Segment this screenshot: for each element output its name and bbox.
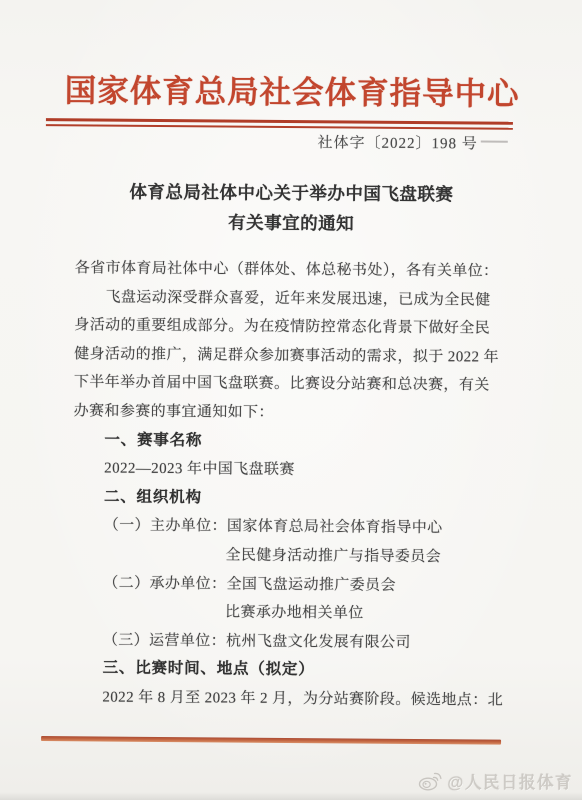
scanned-document-page: 国家体育总局社会体育指导中心 社体字〔2022〕198 号 体育总局社体中心关于… xyxy=(0,0,582,800)
section-heading: 二、组织机构 xyxy=(73,483,525,515)
body-line: 2022—2023 年中国飞盘联赛 xyxy=(73,454,525,486)
notice-title-line-1: 体育总局社体中心关于举办中国飞盘联赛 xyxy=(0,176,582,211)
letterhead-org-name: 国家体育总局社会体育指导中心 xyxy=(1,66,582,116)
watermark-label: @人民日报体育 xyxy=(447,769,573,793)
letterhead-double-rule xyxy=(46,118,513,130)
weibo-watermark: @人民日报体育 xyxy=(418,769,573,793)
body-line: 身活动的重要组成部分。为在疫情防控常态化背景下做好全民 xyxy=(74,311,526,343)
body-line: 飞盘运动深受群众喜爱，近年来发展迅速，已成为全民健 xyxy=(74,283,526,315)
body-line: 全民健身活动推广与指导委员会 xyxy=(72,540,524,572)
body-line: 比赛承办地相关单位 xyxy=(72,597,524,629)
body-line: 办赛和参赛的事宜通知如下： xyxy=(74,397,526,429)
body-line: （一）主办单位：国家体育总局社会体育指导中心 xyxy=(73,512,525,544)
body-line: 下半年举办首届中国飞盘联赛。比赛设分站赛和总决赛，有关 xyxy=(74,369,526,401)
notice-title-line-2: 有关事宜的通知 xyxy=(0,206,582,241)
body-line: 健身活动的推广，满足群众参加赛事活动的需求，拟于 2022 年 xyxy=(74,340,526,372)
notice-body: 各省市体育局社体中心（群体处、体总秘书处），各有关单位： 飞盘运动深受群众喜爱，… xyxy=(71,254,527,715)
document-content: 国家体育总局社会体育指导中心 社体字〔2022〕198 号 体育总局社体中心关于… xyxy=(0,0,582,800)
body-line: 各省市体育局社体中心（群体处、体总秘书处），各有关单位： xyxy=(75,254,527,286)
body-line: 2022 年 8 月至 2023 年 2 月，为分站赛阶段。候选地点：北 xyxy=(71,683,523,715)
body-line: （三）运营单位：杭州飞盘文化发展有限公司 xyxy=(72,626,524,658)
weibo-icon xyxy=(418,771,442,791)
page-bottom-rule xyxy=(41,736,501,744)
section-heading: 三、比赛时间、地点（拟定） xyxy=(72,655,524,687)
document-number: 社体字〔2022〕198 号 xyxy=(1,129,478,154)
section-heading: 一、赛事名称 xyxy=(73,426,525,458)
scan-artifact-line xyxy=(481,140,508,142)
notice-title: 体育总局社体中心关于举办中国飞盘联赛 有关事宜的通知 xyxy=(0,176,582,241)
body-line: （二）承办单位：全国飞盘运动推广委员会 xyxy=(72,569,524,601)
